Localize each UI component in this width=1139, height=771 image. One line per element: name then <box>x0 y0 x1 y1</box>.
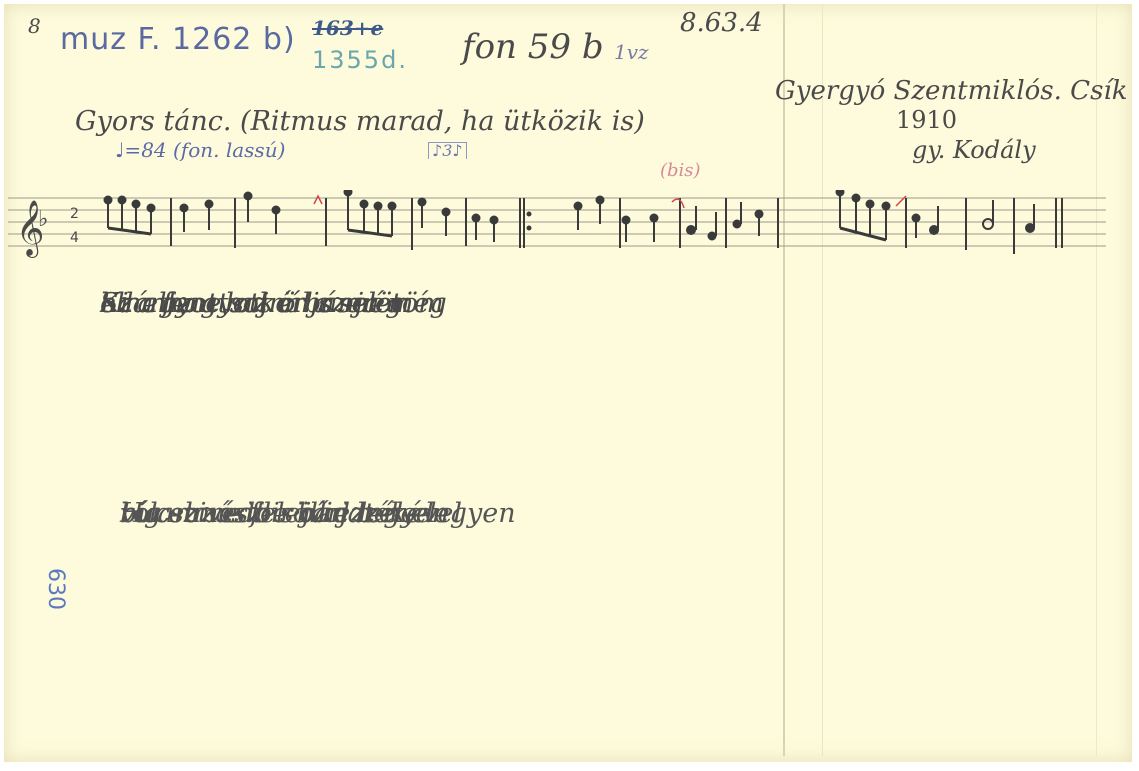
date-code: 8.63.4 <box>680 10 763 36</box>
collection-place: Gyergyó Szentmiklós. Csík <box>775 78 1128 104</box>
shelfmark: muz F. 1262 b) <box>60 25 296 55</box>
paper-fold-line-secondary <box>822 4 823 756</box>
folio-number: 8 <box>28 16 41 36</box>
margin-side-number: 630 <box>44 568 66 610</box>
tempo-heading: Gyors tánc. (Ritmus marad, ha ütközik is… <box>75 108 645 135</box>
paper-fold-line <box>783 4 785 756</box>
metronome-marking: ♩=84 (fon. lassú) <box>115 140 285 160</box>
collector-name: gy. Kodály <box>912 138 1036 162</box>
staff-notation-icon: 𝄞 ♭ 2 4 <box>8 190 1108 260</box>
new-catalog-number: 1355d. <box>312 48 408 72</box>
svg-text:2: 2 <box>70 206 79 222</box>
lyric-line: Ki a fene sajnálja még <box>100 290 402 330</box>
tuplet-annotation: ♪3♪ <box>428 142 467 159</box>
lyric-line: víg szivedbe bánat ne legyen <box>120 500 516 540</box>
phonograph-reference: fon 59 b <box>462 30 604 64</box>
old-catalog-number: 163+e <box>312 18 383 38</box>
phonograph-subreference: 1vz <box>614 42 649 62</box>
svg-text:4: 4 <box>70 230 79 246</box>
repeat-annotation: (bis) <box>660 162 701 180</box>
paper-edge-line <box>1096 4 1097 756</box>
collection-year: 1910 <box>896 108 957 132</box>
svg-text:♭: ♭ <box>38 207 48 232</box>
music-staff: 𝄞 ♭ 2 4 <box>8 190 1108 250</box>
